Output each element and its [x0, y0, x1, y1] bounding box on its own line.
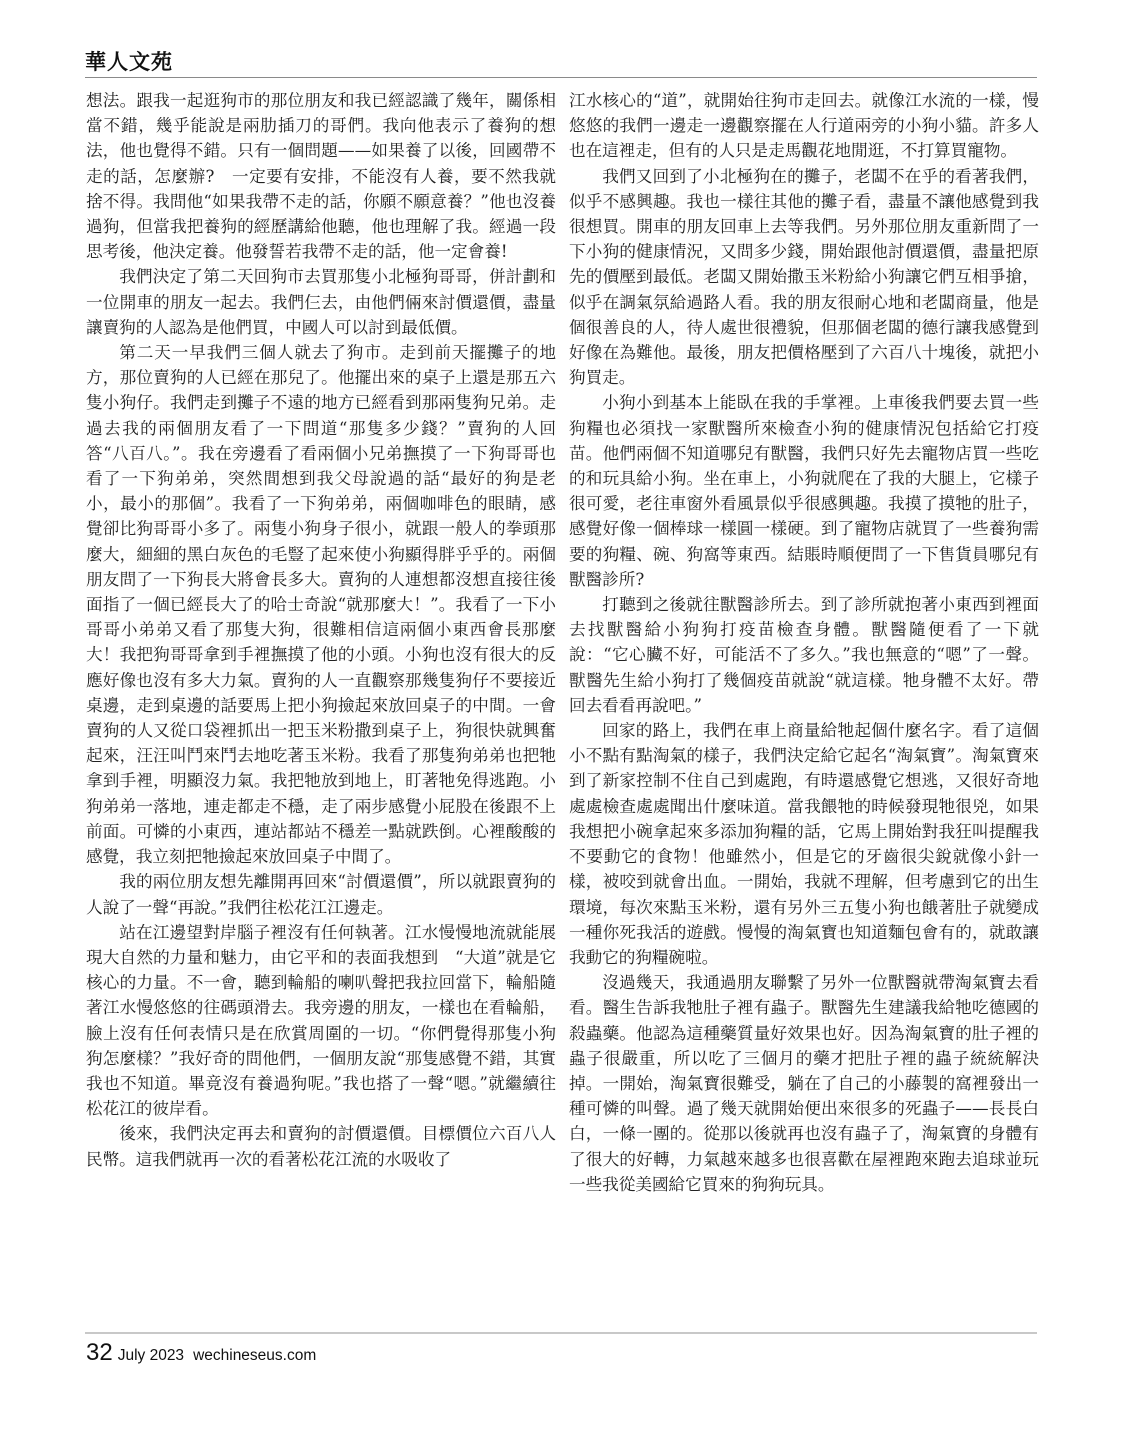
page-footer: 32July 2023wechineseus.com — [86, 1339, 316, 1367]
paragraph: 我的兩位朋友想先離開再回來“討價還價”，所以就跟賣狗的人說了一聲“再說。”我們往… — [86, 869, 556, 919]
paragraph: 江水核心的“道”，就開始往狗市走回去。就像江水流的一樣，慢悠悠的我們一邊走一邊觀… — [569, 88, 1039, 164]
paragraph: 小狗小到基本上能臥在我的手掌裡。上車後我們要去買一些狗糧也必須找一家獸醫所來檢查… — [569, 390, 1039, 592]
paragraph: 站在江邊望對岸腦子裡沒有任何執著。江水慢慢地流就能展現大自然的力量和魅力，由它平… — [86, 920, 556, 1122]
paragraph: 回家的路上，我們在車上商量給牠起個什麼名字。看了這個小不點有點淘氣的樣子，我們決… — [569, 718, 1039, 970]
page-number: 32 — [86, 1339, 113, 1366]
header-divider — [85, 77, 1037, 78]
paragraph: 後來，我們決定再去和賣狗的討價還價。目標價位六百八人民幣。這我們就再一次的看著松… — [86, 1121, 556, 1171]
issue-date: July 2023 — [118, 1347, 184, 1364]
article-column-left: 想法。跟我一起逛狗市的那位朋友和我已經認識了幾年，關係相當不錯，幾乎能說是兩肋插… — [86, 88, 556, 1172]
paragraph: 我們又回到了小北極狗在的攤子，老闆不在乎的看著我們，似乎不感興趣。我也一樣往其他… — [569, 164, 1039, 391]
paragraph: 打聽到之後就往獸醫診所去。到了診所就抱著小東西到裡面去找獸醫給小狗狗打疫苗檢查身… — [569, 592, 1039, 718]
paragraph: 我們決定了第二天回狗市去買那隻小北極狗哥哥，併計劃和一位開車的朋友一起去。我們仨… — [86, 264, 556, 340]
paragraph: 想法。跟我一起逛狗市的那位朋友和我已經認識了幾年，關係相當不錯，幾乎能說是兩肋插… — [86, 88, 556, 264]
section-title: 華人文苑 — [85, 46, 173, 76]
footer-divider — [85, 1332, 1037, 1334]
paragraph: 沒過幾天，我通過朋友聯繫了另外一位獸醫就帶淘氣寶去看看。醫生告訴我牠肚子裡有蟲子… — [569, 970, 1039, 1197]
website-link[interactable]: wechineseus.com — [193, 1347, 316, 1364]
article-column-right: 江水核心的“道”，就開始往狗市走回去。就像江水流的一樣，慢悠悠的我們一邊走一邊觀… — [569, 88, 1039, 1197]
paragraph: 第二天一早我們三個人就去了狗市。走到前天擺攤子的地方，那位賣狗的人已經在那兒了。… — [86, 340, 556, 869]
